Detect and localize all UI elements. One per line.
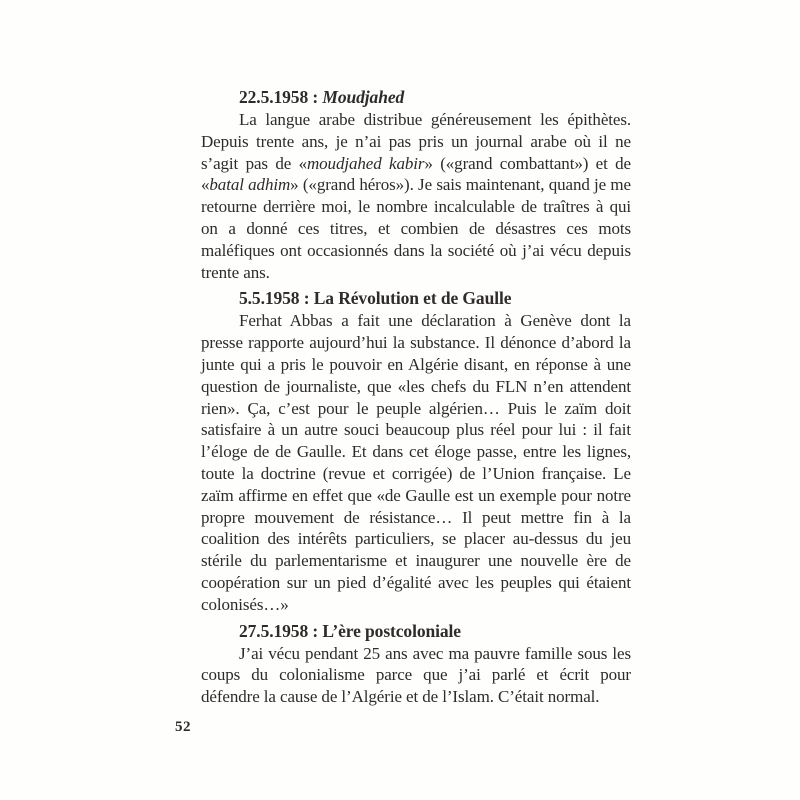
italic-text-segment: moudjahed kabir: [307, 154, 424, 173]
entry-heading: 5.5.1958 : La Révolution et de Gaulle: [201, 287, 631, 309]
diary-entry-section: 5.5.1958 : La Révolution et de GaulleFer…: [201, 287, 631, 615]
page-text-block: 22.5.1958 : MoudjahedLa langue arabe dis…: [201, 86, 631, 708]
page-number: 52: [175, 719, 191, 736]
italic-text-segment: Moudjahed: [322, 87, 404, 107]
entry-paragraph: J’ai vécu pendant 25 ans avec ma pauvre …: [201, 643, 631, 708]
entry-paragraph: La langue arabe distribue généreusement …: [201, 109, 631, 283]
text-segment: 5.5.1958 : La Révolution et de Gaulle: [239, 288, 511, 308]
text-segment: Ferhat Abbas a fait une déclaration à Ge…: [201, 311, 631, 613]
entry-paragraph: Ferhat Abbas a fait une déclaration à Ge…: [201, 310, 631, 615]
text-segment: 22.5.1958 :: [239, 87, 322, 107]
diary-entry-section: 27.5.1958 : L’ère postcolonialeJ’ai vécu…: [201, 620, 631, 708]
italic-text-segment: batal adhim: [209, 175, 290, 194]
entry-heading: 27.5.1958 : L’ère postcoloniale: [201, 620, 631, 642]
diary-entry-section: 22.5.1958 : MoudjahedLa langue arabe dis…: [201, 86, 631, 283]
screenshot-canvas: 22.5.1958 : MoudjahedLa langue arabe dis…: [0, 0, 800, 800]
text-segment: 27.5.1958 : L’ère postcoloniale: [239, 621, 461, 641]
entry-heading: 22.5.1958 : Moudjahed: [201, 86, 631, 108]
text-segment: J’ai vécu pendant 25 ans avec ma pauvre …: [201, 644, 631, 707]
book-page: 22.5.1958 : MoudjahedLa langue arabe dis…: [0, 0, 800, 800]
